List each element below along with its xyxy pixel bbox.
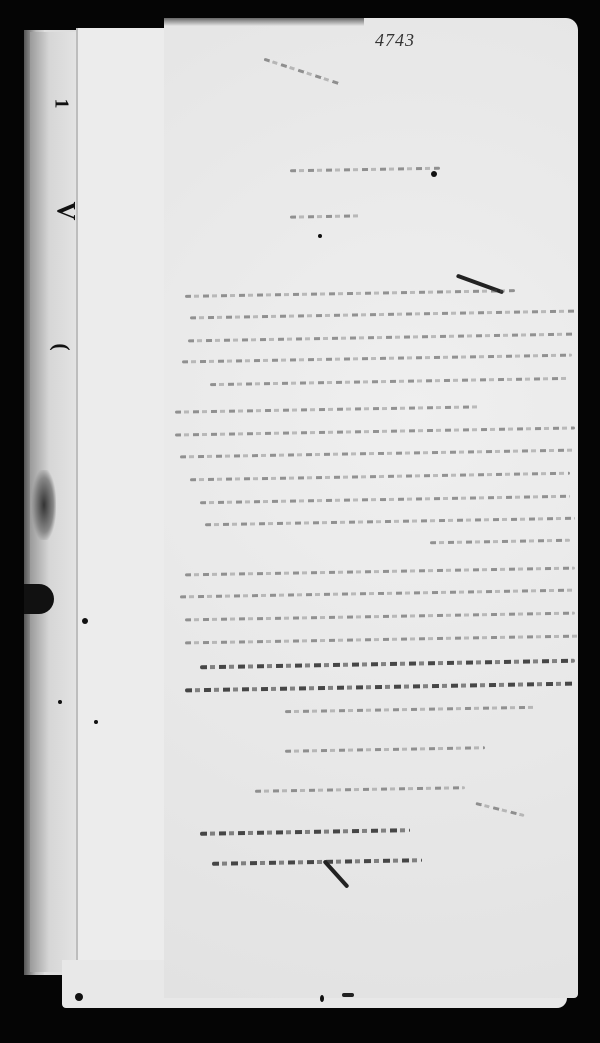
speck [75,993,83,1001]
microfilm-frame: 1 V ( 4743 [0,0,600,1043]
speck [320,995,324,1002]
folio-number: 4743 [375,30,415,51]
manuscript-page [164,18,578,998]
page-top-shadow [164,18,364,26]
margin-mark-3: ( [49,343,75,350]
margin-mark-2: V [50,202,80,221]
margin-mark-1: 1 [50,99,73,109]
speck [58,700,62,704]
speck [342,993,354,997]
ink-stain [32,470,56,540]
binding-clip [24,584,54,614]
speck [94,720,98,724]
speck [82,618,88,624]
inner-sheet [76,28,174,963]
